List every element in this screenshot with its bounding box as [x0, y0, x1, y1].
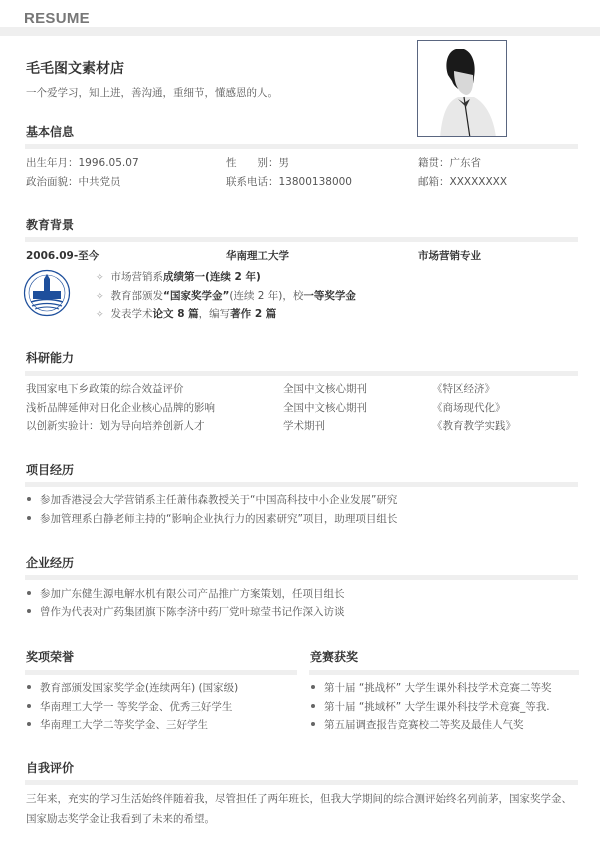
- enterprise-item: 曾作为代表对广药集团旗下陈李济中药厂党叶琼莹书记作深入访谈: [27, 604, 345, 619]
- education-major: 市场营销专业: [418, 248, 481, 263]
- award-item: 华南理工大学二等奖学金、三好学生: [27, 717, 208, 732]
- research-level: 全国中文核心期刊: [283, 381, 367, 396]
- self-eval-text: 三年来，充实的学习生活始终伴随着我，尽管担任了两年班长，但我大学期间的综合测评始…: [26, 789, 578, 829]
- education-period: 2006.09-至今: [26, 248, 99, 263]
- research-level: 全国中文核心期刊: [283, 400, 367, 415]
- diamond-bullet-icon: ✧: [96, 310, 104, 320]
- header-bar: [0, 27, 600, 36]
- profile-motto: 一个爱学习，知上进，善沟通，重细节，懂感恩的人。: [26, 85, 278, 100]
- education-school: 华南理工大学: [226, 248, 289, 263]
- section-divider: [25, 780, 578, 785]
- award-item: 教育部颁发国家奖学金(连续两年) (国家级): [27, 680, 238, 695]
- section-title-enterprise: 企业经历: [26, 554, 74, 571]
- info-political: 政治面貌：中共党员: [26, 174, 121, 189]
- university-logo-icon: [23, 269, 71, 317]
- diamond-bullet-icon: ✧: [96, 292, 104, 302]
- section-title-education: 教育背景: [26, 216, 74, 233]
- research-journal: 《教育教学实践》: [432, 418, 516, 433]
- bullet-icon: [27, 704, 31, 708]
- education-item: ✧教育部颁发“国家奖学金”(连续 2 年)，校一等奖学金: [96, 288, 356, 303]
- info-birth: 出生年月：1996.05.07: [26, 155, 139, 170]
- enterprise-item: 参加广东健生源电解水机有限公司产品推广方案策划，任项目组长: [27, 586, 345, 601]
- resume-label: RESUME: [24, 10, 90, 27]
- project-item: 参加香港浸会大学营销系主任萧伟森教授关于“中国高科技中小企业发展”研究: [27, 492, 397, 507]
- section-title-research: 科研能力: [26, 349, 74, 366]
- section-divider: [25, 670, 297, 675]
- award-item: 华南理工大学一 等奖学金、优秀三好学生: [27, 699, 232, 714]
- section-title-awards: 奖项荣誉: [26, 648, 74, 665]
- portrait-photo-icon: [418, 41, 507, 137]
- info-gender: 性 别：男: [226, 155, 289, 170]
- competition-item: 第十届 “挑战杯” 大学生课外科技学术竞赛二等奖: [311, 680, 552, 695]
- section-divider: [25, 482, 578, 487]
- bullet-icon: [27, 591, 31, 595]
- section-title-basic-info: 基本信息: [26, 123, 74, 140]
- bullet-icon: [27, 722, 31, 726]
- profile-photo: [417, 40, 507, 137]
- bullet-icon: [27, 685, 31, 689]
- section-title-projects: 项目经历: [26, 461, 74, 478]
- profile-name: 毛毛图文素材店: [26, 58, 124, 78]
- research-journal: 《特区经济》: [432, 381, 495, 396]
- education-item: ✧发表学术论文 8 篇，编写著作 2 篇: [96, 306, 276, 321]
- section-divider: [25, 575, 578, 580]
- bullet-icon: [27, 609, 31, 613]
- education-item: ✧市场营销系成绩第一(连续 2 年): [96, 269, 261, 284]
- section-divider: [309, 670, 579, 675]
- info-email: 邮箱：XXXXXXXX: [418, 174, 507, 189]
- research-paper: 浅析品牌延伸对日化企业核心品牌的影响: [26, 400, 215, 415]
- research-journal: 《商场现代化》: [432, 400, 506, 415]
- section-divider: [25, 237, 578, 242]
- bullet-icon: [311, 704, 315, 708]
- project-item: 参加管理系白静老师主持的“影响企业执行力的因素研究”项目，助理项目组长: [27, 511, 397, 526]
- diamond-bullet-icon: ✧: [96, 273, 104, 283]
- info-hometown: 籍贯：广东省: [418, 155, 481, 170]
- info-phone: 联系电话：13800138000: [226, 174, 352, 189]
- section-title-self-eval: 自我评价: [26, 759, 74, 776]
- section-divider: [25, 144, 578, 149]
- competition-item: 第十届 “挑域杯” 大学生课外科技学术竟赛_等我.: [311, 699, 550, 714]
- section-divider: [25, 371, 578, 376]
- competition-item: 第五届调查报告竞赛校二等奖及最佳人气奖: [311, 717, 524, 732]
- section-title-competitions: 竞赛获奖: [310, 648, 358, 665]
- bullet-icon: [311, 685, 315, 689]
- bullet-icon: [27, 516, 31, 520]
- bullet-icon: [27, 497, 31, 501]
- research-paper: 以创新实验计：划为导向培养创新人才: [26, 418, 205, 433]
- research-paper: 我国家电下乡政策的综合效益评价: [26, 381, 184, 396]
- bullet-icon: [311, 722, 315, 726]
- research-level: 学术期刊: [283, 418, 325, 433]
